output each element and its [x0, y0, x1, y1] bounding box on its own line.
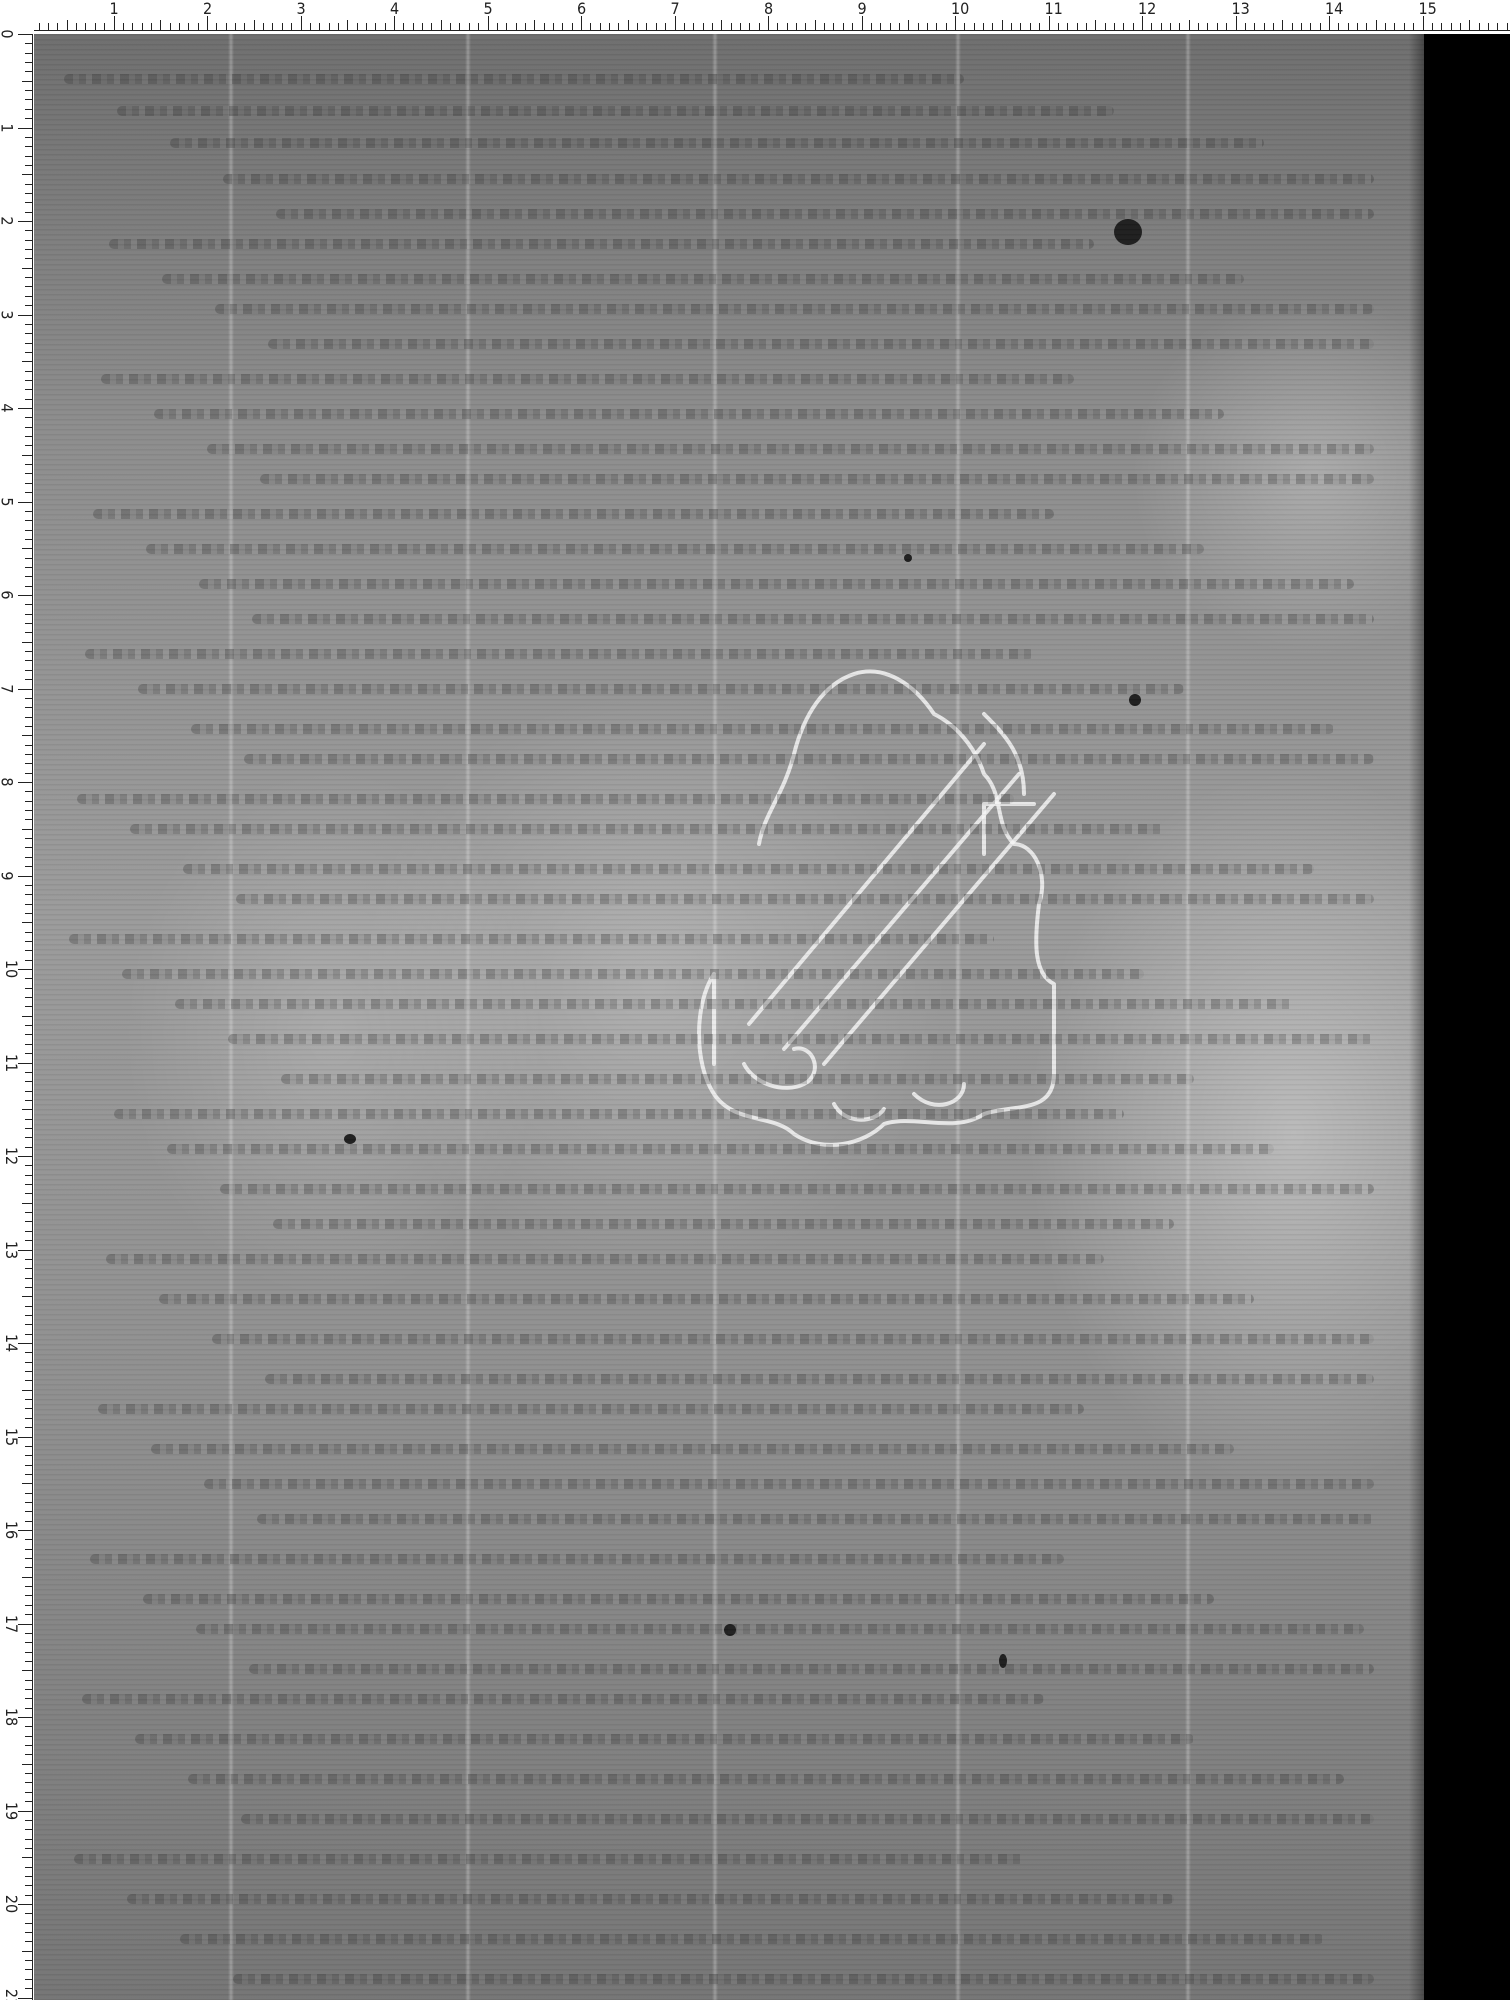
ruler-tick — [693, 23, 694, 30]
ruler-tick — [1161, 23, 1162, 30]
ruler-tick — [1469, 20, 1470, 30]
ruler-tick — [25, 137, 32, 138]
handwriting-line — [93, 509, 1054, 519]
ruler-tick — [992, 23, 993, 30]
ruler-tick — [25, 530, 32, 531]
ruler-tick — [478, 23, 479, 30]
ruler-label: 6 — [577, 1, 586, 17]
ruler-tick — [25, 773, 32, 774]
handwriting-line — [228, 1034, 1374, 1044]
ruler-label: 5 — [484, 1, 493, 17]
handwriting-line — [143, 1594, 1214, 1604]
ruler-tick — [1030, 23, 1031, 30]
ink-spot — [344, 1134, 356, 1144]
ruler-tick — [319, 23, 320, 30]
ruler-tick — [25, 539, 32, 540]
ruler-tick — [22, 1764, 32, 1765]
ruler-label: 18 — [3, 1708, 19, 1726]
ruler-tick — [18, 221, 32, 222]
ruler-tick — [25, 249, 32, 250]
ruler-tick — [25, 988, 32, 989]
ruler-tick — [272, 23, 273, 30]
ruler-tick — [25, 1511, 32, 1512]
ruler-label: 14 — [3, 1334, 19, 1352]
ruler-tick — [25, 745, 32, 746]
ruler-tick — [25, 1745, 32, 1746]
ruler-tick — [955, 16, 956, 30]
ruler-label: 12 — [1138, 1, 1156, 17]
ruler-tick — [22, 1296, 32, 1297]
ruler-tick — [609, 23, 610, 30]
handwriting-line — [170, 138, 1264, 148]
shield-watermark-icon — [654, 644, 1074, 1164]
ruler-label: 20 — [3, 1895, 19, 1913]
ruler-tick — [25, 1072, 32, 1073]
ruler-tick — [1254, 23, 1255, 30]
ruler-tick — [871, 23, 872, 30]
handwriting-line — [241, 1814, 1374, 1824]
ruler-tick — [123, 23, 124, 30]
ruler-tick — [25, 1193, 32, 1194]
ruler-tick — [282, 23, 283, 30]
handwriting-line — [162, 274, 1244, 284]
ruler-tick — [25, 1941, 32, 1942]
ruler-tick — [1376, 20, 1377, 30]
ruler-tick — [581, 16, 582, 30]
ruler-tick — [1020, 23, 1021, 30]
ruler-tick — [25, 763, 32, 764]
ruler-tick — [357, 23, 358, 30]
ruler-tick — [25, 1240, 32, 1241]
ruler-tick — [1292, 23, 1293, 30]
ruler-label: 21 — [3, 1988, 19, 2000]
ruler-tick — [310, 23, 311, 30]
ruler-label: 3 — [297, 1, 306, 17]
ruler-label: 9 — [858, 1, 867, 17]
ruler-tick — [637, 23, 638, 30]
ruler-tick — [25, 520, 32, 521]
ruler-tick — [25, 679, 32, 680]
ruler-tick — [25, 1521, 32, 1522]
ruler-tick — [1488, 23, 1489, 30]
ruler-tick — [22, 268, 32, 269]
ruler-tick — [862, 16, 863, 30]
ruler-label: 16 — [3, 1521, 19, 1539]
ruler-tick — [25, 1100, 32, 1101]
ruler-tick — [179, 23, 180, 30]
ruler-tick — [656, 23, 657, 30]
ruler-tick — [1039, 23, 1040, 30]
ruler-label: 19 — [3, 1801, 19, 1819]
ruler-tick — [703, 23, 704, 30]
ruler-tick — [18, 502, 32, 503]
ruler-tick — [22, 922, 32, 923]
ruler-tick — [843, 23, 844, 30]
chain-line — [955, 34, 961, 2000]
ruler-tick — [787, 23, 788, 30]
ruler-tick — [833, 23, 834, 30]
ruler-tick — [22, 174, 32, 175]
ruler-tick — [142, 23, 143, 30]
ruler-tick — [25, 1034, 32, 1035]
ruler-tick — [759, 23, 760, 30]
ruler-tick — [413, 23, 414, 30]
ruler-tick — [25, 53, 32, 54]
ruler-tick — [1357, 23, 1358, 30]
ruler-tick — [25, 1642, 32, 1643]
ruler-label: 6 — [0, 590, 15, 599]
ruler-tick — [235, 23, 236, 30]
ruler-tick — [22, 455, 32, 456]
ruler-tick — [25, 1446, 32, 1447]
ruler-label: 7 — [0, 684, 15, 693]
ruler-tick — [25, 240, 32, 241]
ruler-tick — [244, 23, 245, 30]
ruler-tick — [22, 548, 32, 549]
ruler-tick — [25, 1455, 32, 1456]
handwriting-line — [159, 1294, 1254, 1304]
ruler-tick — [25, 483, 32, 484]
handwriting-line — [122, 969, 1144, 979]
ruler-label: 10 — [951, 1, 969, 17]
ruler-tick — [25, 1278, 32, 1279]
ruler-tick — [1123, 23, 1124, 30]
handwriting-line — [85, 649, 1034, 659]
ruler-tick — [25, 698, 32, 699]
ruler-tick — [25, 960, 32, 961]
ruler-label: 8 — [0, 777, 15, 786]
ruler-tick — [25, 614, 32, 615]
handwriting-line — [77, 794, 1014, 804]
ruler-tick — [1507, 23, 1508, 30]
ruler-tick — [22, 642, 32, 643]
ruler-tick — [25, 754, 32, 755]
ruler-tick — [25, 371, 32, 372]
ruler-tick — [25, 1128, 32, 1129]
ruler-tick — [1133, 23, 1134, 30]
ruler-tick — [25, 1147, 32, 1148]
ruler-tick — [25, 791, 32, 792]
ruler-tick — [1273, 23, 1274, 30]
top-ruler: 01234567891011121314151 — [0, 0, 1510, 34]
handwriting-line — [127, 1894, 1174, 1904]
ruler-tick — [25, 492, 32, 493]
ruler-tick — [1423, 16, 1424, 30]
ruler-tick — [25, 1661, 32, 1662]
handwriting-line — [154, 409, 1224, 419]
handwriting-line — [101, 374, 1074, 384]
ruler-tick — [25, 1969, 32, 1970]
ruler-tick — [1207, 23, 1208, 30]
ruler-baseline — [20, 30, 1510, 31]
ruler-tick — [403, 23, 404, 30]
ruler-tick — [25, 1867, 32, 1868]
ruler-tick — [25, 99, 32, 100]
ruler-tick — [1338, 23, 1339, 30]
ruler-tick — [927, 23, 928, 30]
ruler-tick — [25, 1726, 32, 1727]
ruler-tick — [1404, 23, 1405, 30]
ruler-tick — [684, 23, 685, 30]
ruler-tick — [25, 464, 32, 465]
ruler-tick — [25, 427, 32, 428]
chain-line — [712, 34, 718, 2000]
ruler-tick — [301, 16, 302, 30]
ruler-label: 2 — [203, 1, 212, 17]
ruler-tick — [497, 23, 498, 30]
ruler-tick — [25, 436, 32, 437]
ruler-tick — [25, 1773, 32, 1774]
ruler-tick — [890, 23, 891, 30]
ruler-tick — [777, 23, 778, 30]
ink-spot — [1114, 219, 1142, 245]
ruler-tick — [974, 23, 975, 30]
manuscript-leaf — [34, 34, 1424, 2000]
ruler-tick — [18, 782, 32, 783]
ruler-tick — [25, 1829, 32, 1830]
ruler-tick — [25, 670, 32, 671]
ruler-tick — [67, 20, 68, 30]
handwriting-line — [183, 864, 1314, 874]
ruler-label: 14 — [1325, 1, 1343, 17]
ink-spot — [904, 554, 912, 562]
ruler-tick — [25, 1839, 32, 1840]
ruler-tick — [25, 1221, 32, 1222]
ruler-tick — [25, 1960, 32, 1961]
chain-line — [228, 34, 234, 2000]
ruler-tick — [25, 1848, 32, 1849]
chain-line — [1185, 34, 1191, 2000]
ruler-tick — [25, 1352, 32, 1353]
ruler-label: 17 — [3, 1614, 19, 1632]
ruler-tick — [57, 23, 58, 30]
ruler-tick — [25, 1895, 32, 1896]
ruler-tick — [25, 941, 32, 942]
ruler-tick — [394, 16, 395, 30]
handwriting-line — [191, 724, 1334, 734]
ruler-tick — [25, 885, 32, 886]
ruler-label: 12 — [3, 1147, 19, 1165]
ruler-tick — [25, 1044, 32, 1045]
ruler-tick — [25, 1165, 32, 1166]
ruler-tick — [366, 23, 367, 30]
ruler-tick — [104, 23, 105, 30]
ruler-tick — [25, 1474, 32, 1475]
ruler-tick — [22, 1390, 32, 1391]
ruler-tick — [25, 62, 32, 63]
ruler-tick — [347, 20, 348, 30]
handwriting-line — [196, 1624, 1364, 1634]
ruler-tick — [18, 969, 32, 970]
ruler-tick — [983, 23, 984, 30]
ruler-tick — [25, 1287, 32, 1288]
ruler-label: 11 — [3, 1053, 19, 1071]
ruler-tick — [25, 343, 32, 344]
ruler-tick — [1348, 23, 1349, 30]
handwriting-line — [233, 1974, 1374, 1984]
handwriting-line — [114, 1109, 1124, 1119]
ruler-tick — [25, 1558, 32, 1559]
ruler-tick — [95, 23, 96, 30]
handwriting-line — [268, 339, 1374, 349]
ruler-tick — [25, 286, 32, 287]
handwriting-line — [82, 1694, 1044, 1704]
ruler-tick — [18, 315, 32, 316]
ruler-tick — [329, 23, 330, 30]
ruler-tick — [25, 857, 32, 858]
ruler-tick — [25, 1091, 32, 1092]
ruler-tick — [18, 1250, 32, 1251]
ruler-tick — [1105, 23, 1106, 30]
ruler-tick — [1264, 23, 1265, 30]
ruler-tick — [721, 20, 722, 30]
ruler-tick — [712, 23, 713, 30]
ruler-tick — [516, 23, 517, 30]
ruler-tick — [918, 23, 919, 30]
ruler-tick — [544, 23, 545, 30]
ruler-tick — [39, 23, 40, 30]
ruler-tick — [25, 1801, 32, 1802]
ruler-tick — [25, 1268, 32, 1269]
ruler-label: 9 — [0, 871, 15, 880]
ruler-tick — [1142, 16, 1143, 30]
ruler-tick — [18, 1998, 32, 1999]
ruler-tick — [1366, 23, 1367, 30]
ruler-tick — [1245, 23, 1246, 30]
ruler-tick — [590, 23, 591, 30]
ruler-tick — [18, 408, 32, 409]
ruler-tick — [1413, 23, 1414, 30]
ruler-label: 8 — [764, 1, 773, 17]
handwriting-line — [146, 544, 1204, 554]
ruler-tick — [899, 23, 900, 30]
ruler-tick — [1226, 23, 1227, 30]
ruler-tick — [25, 165, 32, 166]
ruler-tick — [25, 997, 32, 998]
ruler-tick — [1058, 23, 1059, 30]
ruler-tick — [1329, 16, 1330, 30]
ruler-tick — [796, 23, 797, 30]
ruler-label: 15 — [3, 1427, 19, 1445]
handwriting-line — [109, 239, 1094, 249]
handwriting-line — [74, 1854, 1024, 1864]
ruler-tick — [25, 90, 32, 91]
handwriting-line — [207, 444, 1374, 454]
ruler-tick — [25, 1025, 32, 1026]
ruler-tick — [553, 23, 554, 30]
ruler-tick — [25, 1754, 32, 1755]
ruler-tick — [25, 156, 32, 157]
ruler-tick — [338, 23, 339, 30]
ruler-tick — [22, 1951, 32, 1952]
ruler-tick — [1432, 23, 1433, 30]
ruler-tick — [25, 1175, 32, 1176]
ruler-label: 3 — [0, 310, 15, 319]
ruler-tick — [25, 1698, 32, 1699]
ruler-tick — [22, 1109, 32, 1110]
ruler-tick — [25, 1820, 32, 1821]
ruler-tick — [1394, 23, 1395, 30]
ruler-tick — [207, 16, 208, 30]
ruler-label: 7 — [671, 1, 680, 17]
ruler-tick — [25, 1259, 32, 1260]
ruler-tick — [25, 1549, 32, 1550]
ruler-tick — [25, 1053, 32, 1054]
ruler-tick — [908, 20, 909, 30]
ruler-tick — [25, 1427, 32, 1428]
ruler-tick — [25, 651, 32, 652]
ruler-tick — [151, 23, 152, 30]
ruler-tick — [25, 1586, 32, 1587]
ruler-tick — [25, 352, 32, 353]
ruler-tick — [25, 623, 32, 624]
ruler-tick — [25, 707, 32, 708]
handwriting-line — [106, 1254, 1104, 1264]
ruler-label: 15 — [1419, 1, 1437, 17]
ruler-tick — [25, 473, 32, 474]
ruler-tick — [25, 1231, 32, 1232]
ruler-tick — [459, 23, 460, 30]
ruler-tick — [170, 23, 171, 30]
ruler-tick — [114, 16, 115, 30]
ruler-tick — [25, 1979, 32, 1980]
ruler-tick — [25, 1605, 32, 1606]
ruler-tick — [1310, 23, 1311, 30]
ruler-label: 4 — [390, 1, 399, 17]
ruler-tick — [768, 16, 769, 30]
handwriting-line — [265, 1374, 1374, 1384]
ruler-tick — [1441, 23, 1442, 30]
ruler-tick — [25, 1539, 32, 1540]
ruler-tick — [1170, 23, 1171, 30]
ruler-tick — [25, 146, 32, 147]
scan-image — [34, 34, 1510, 2000]
ruler-tick — [25, 1119, 32, 1120]
ruler-tick — [646, 23, 647, 30]
ruler-tick — [675, 16, 676, 30]
handwriting-line — [220, 1184, 1374, 1194]
ruler-tick — [25, 838, 32, 839]
ruler-tick — [25, 193, 32, 194]
handwriting-line — [138, 684, 1184, 694]
ruler-tick — [25, 1006, 32, 1007]
ruler-tick — [25, 904, 32, 905]
ruler-tick — [22, 361, 32, 362]
handwriting-line — [244, 754, 1374, 764]
ruler-tick — [25, 1885, 32, 1886]
ruler-tick — [18, 1156, 32, 1157]
ruler-tick — [25, 1913, 32, 1914]
ruler-tick — [25, 43, 32, 44]
ruler-tick — [824, 23, 825, 30]
ruler-tick — [22, 1577, 32, 1578]
ruler-tick — [48, 23, 49, 30]
ruler-tick — [25, 1680, 32, 1681]
ink-spot — [724, 1624, 736, 1636]
ruler-tick — [254, 20, 255, 30]
ruler-tick — [25, 1315, 32, 1316]
ruler-tick — [25, 1736, 32, 1737]
ruler-tick — [22, 1670, 32, 1671]
ruler-tick — [25, 1408, 32, 1409]
ruler-tick — [25, 950, 32, 951]
ruler-tick — [263, 23, 264, 30]
ruler-tick — [749, 23, 750, 30]
ruler-tick — [18, 128, 32, 129]
handwriting-line — [180, 1934, 1324, 1944]
ruler-tick — [25, 380, 32, 381]
ruler-tick — [25, 184, 32, 185]
